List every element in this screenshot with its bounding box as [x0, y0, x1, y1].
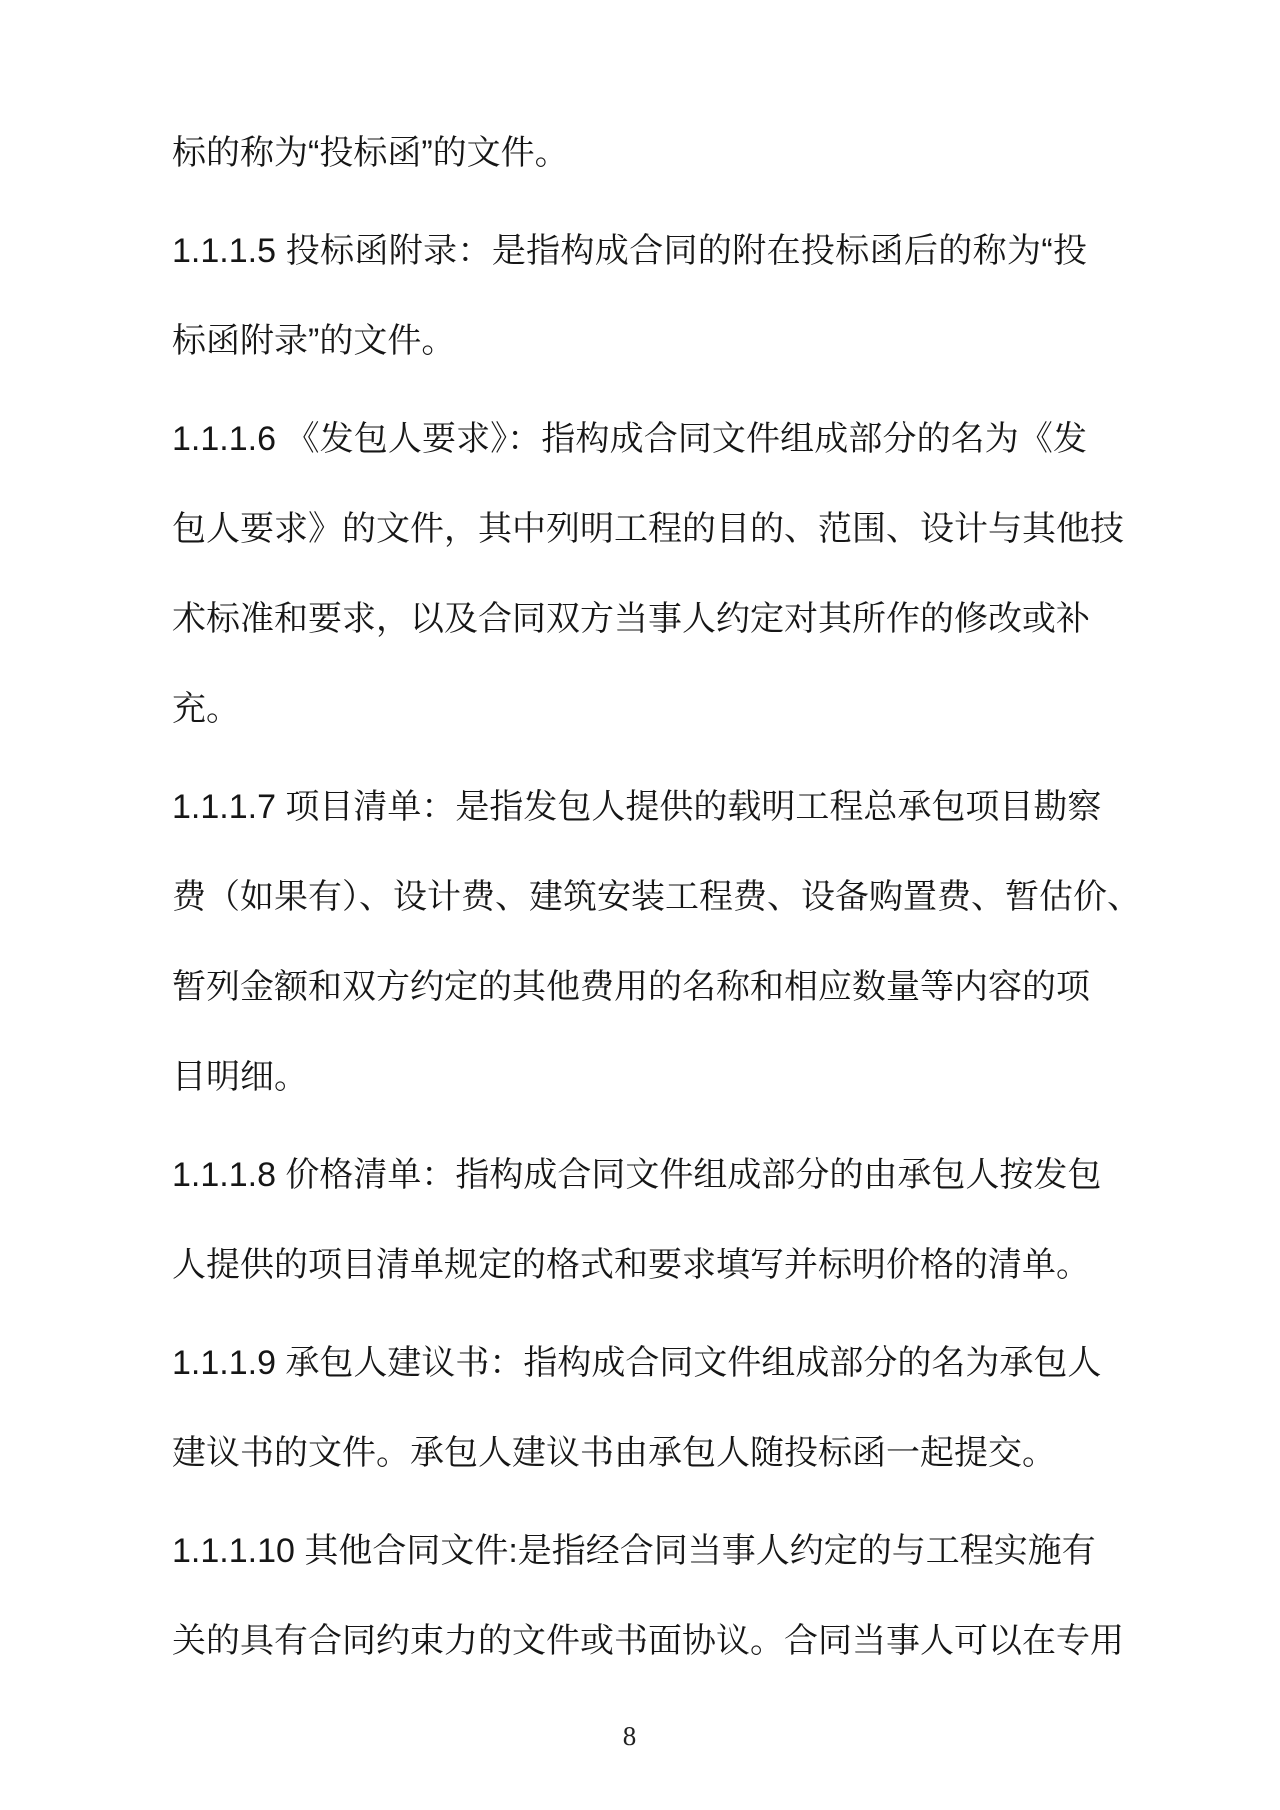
text-line: 1.1.1.5 投标函附录：是指构成合同的附在投标函后的称为“投 [172, 206, 1087, 296]
text-line: 包人要求》的文件，其中列明工程的目的、范围、设计与其他技 [172, 484, 1087, 574]
text-line: 充。 [172, 664, 1087, 754]
text-line: 关的具有合同约束力的文件或书面协议。合同当事人可以在专用 [172, 1596, 1087, 1686]
text-line: 1.1.1.9 承包人建议书：指构成合同文件组成部分的名为承包人 [172, 1318, 1087, 1408]
text-line: 目明细。 [172, 1032, 1087, 1122]
paragraph-clause-1-1-1-5: 1.1.1.5 投标函附录：是指构成合同的附在投标函后的称为“投 标函附录”的文… [172, 206, 1087, 386]
text-line: 标的称为“投标函”的文件。 [172, 108, 1087, 198]
text-line: 人提供的项目清单规定的格式和要求填写并标明价格的清单。 [172, 1220, 1087, 1310]
text-line: 1.1.1.8 价格清单：指构成合同文件组成部分的由承包人按发包 [172, 1130, 1087, 1220]
text-line: 建议书的文件。承包人建议书由承包人随投标函一起提交。 [172, 1408, 1087, 1498]
paragraph-clause-1-1-1-6: 1.1.1.6 《发包人要求》：指构成合同文件组成部分的名为《发 包人要求》的文… [172, 394, 1087, 754]
text-line: 1.1.1.6 《发包人要求》：指构成合同文件组成部分的名为《发 [172, 394, 1087, 484]
text-line: 费（如果有）、设计费、建筑安装工程费、设备购置费、暂估价、 [172, 852, 1087, 942]
text-line: 暂列金额和双方约定的其他费用的名称和相应数量等内容的项 [172, 942, 1087, 1032]
text-line: 1.1.1.7 项目清单：是指发包人提供的载明工程总承包项目勘察 [172, 762, 1087, 852]
document-page: 标的称为“投标函”的文件。 1.1.1.5 投标函附录：是指构成合同的附在投标函… [0, 0, 1280, 1810]
page-number: 8 [172, 1721, 1087, 1752]
paragraph-clause-1-1-1-8: 1.1.1.8 价格清单：指构成合同文件组成部分的由承包人按发包 人提供的项目清… [172, 1130, 1087, 1310]
text-line: 1.1.1.10 其他合同文件:是指经合同当事人约定的与工程实施有 [172, 1506, 1087, 1596]
paragraph-continuation: 标的称为“投标函”的文件。 [172, 108, 1087, 198]
text-line: 术标准和要求，以及合同双方当事人约定对其所作的修改或补 [172, 574, 1087, 664]
document-body: 标的称为“投标函”的文件。 1.1.1.5 投标函附录：是指构成合同的附在投标函… [172, 108, 1087, 1694]
paragraph-clause-1-1-1-7: 1.1.1.7 项目清单：是指发包人提供的载明工程总承包项目勘察 费（如果有）、… [172, 762, 1087, 1122]
paragraph-clause-1-1-1-9: 1.1.1.9 承包人建议书：指构成合同文件组成部分的名为承包人 建议书的文件。… [172, 1318, 1087, 1498]
paragraph-clause-1-1-1-10: 1.1.1.10 其他合同文件:是指经合同当事人约定的与工程实施有 关的具有合同… [172, 1506, 1087, 1686]
text-line: 标函附录”的文件。 [172, 296, 1087, 386]
